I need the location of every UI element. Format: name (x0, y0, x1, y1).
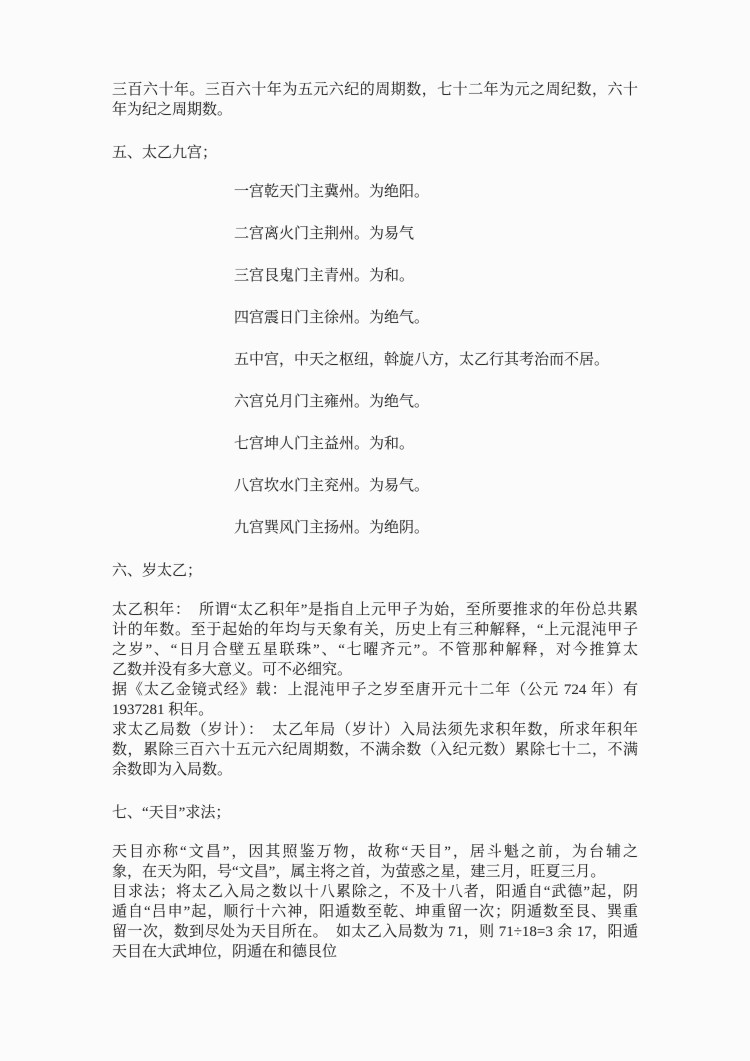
list-item: 七宫坤人门主益州。为和。 (234, 434, 638, 454)
text-line: 之岁”、“日月合壁五星联珠”、“七曜齐元”。不管那种解释，对今推算太 (112, 640, 638, 660)
paragraph: 天目亦称“文昌”，因其照鉴万物，故称“天目”，居斗魁之前，为台辅之象，在天为阳，… (112, 842, 638, 962)
text-line: 天目亦称“文昌”，因其照鉴万物，故称“天目”，居斗魁之前，为台辅之 (112, 842, 638, 862)
text-line: 年为纪之周期数。 (112, 100, 638, 120)
text-line: 计的年数。至于起始的年均与天象有关，历史上有三种解释，“上元混沌甲子 (112, 620, 638, 640)
list-item: 九宫巽风门主扬州。为绝阴。 (234, 518, 638, 538)
list-item: 四宫震日门主徐州。为绝气。 (234, 308, 638, 328)
section-heading: 六、岁太乙； (112, 561, 638, 581)
scanned-document-page: 三百六十年。三百六十年为五元六纪的周期数，七十二年为元之周纪数，六十年为纪之周期… (0, 0, 750, 1061)
paragraph: 太乙积年： 所谓“太乙积年”是指自上元甲子为始，至所要推求的年份总共累计的年数。… (112, 600, 638, 780)
text-line: 数，累除三百六十五元六纪周期数，不满余数（入纪元数）累除七十二，不满 (112, 740, 638, 760)
section-heading: 七、“天目”求法； (112, 803, 638, 823)
list-item: 五中宫，中天之枢纽，斡旋八方，太乙行其考治而不居。 (234, 350, 638, 370)
text-line: 象，在天为阳，号“文昌”，属主将之首，为萤惑之星，建三月，旺夏三月。 (112, 862, 638, 882)
list-item: 二宫离火门主荆州。为易气 (234, 224, 638, 244)
nine-palace-list: 一宫乾天门主冀州。为绝阳。二宫离火门主荆州。为易气三宫艮鬼门主青州。为和。四宫震… (234, 182, 638, 538)
text-line: 乙数并没有多大意义。可不必细究。 (112, 660, 638, 680)
text-line: 三百六十年。三百六十年为五元六纪的周期数，七十二年为元之周纪数，六十 (112, 80, 638, 100)
document-content: 三百六十年。三百六十年为五元六纪的周期数，七十二年为元之周纪数，六十年为纪之周期… (112, 80, 638, 962)
list-item: 三宫艮鬼门主青州。为和。 (234, 266, 638, 286)
text-line: 1937281 积年。 (112, 700, 638, 720)
text-line: 太乙积年： 所谓“太乙积年”是指自上元甲子为始，至所要推求的年份总共累 (112, 600, 638, 620)
text-line: 遁自“吕申”起，顺行十六神，阳遁数至乾、坤重留一次；阴遁数至艮、巽重 (112, 902, 638, 922)
text-line: 余数即为入局数。 (112, 760, 638, 780)
text-line: 求太乙局数（岁计）： 太乙年局（岁计）入局法须先求积年数，所求年积年 (112, 720, 638, 740)
text-line: 据《太乙金镜式经》载：上混沌甲子之岁至唐开元十二年（公元 724 年）有 (112, 680, 638, 700)
section-heading: 五、太乙九宫； (112, 143, 638, 163)
text-line: 目求法；将太乙入局之数以十八累除之，不及十八者，阳遁自“武德”起，阴 (112, 882, 638, 902)
list-item: 一宫乾天门主冀州。为绝阳。 (234, 182, 638, 202)
text-line: 留一次，数到尽处为天目所在。 如太乙入局数为 71，则 71÷18=3 余 17… (112, 922, 638, 942)
paragraph: 三百六十年。三百六十年为五元六纪的周期数，七十二年为元之周纪数，六十年为纪之周期… (112, 80, 638, 120)
list-item: 六宫兑月门主雍州。为绝气。 (234, 392, 638, 412)
list-item: 八宫坎水门主兖州。为易气。 (234, 476, 638, 496)
text-line: 天目在大武坤位，阴遁在和德艮位 (112, 942, 638, 962)
